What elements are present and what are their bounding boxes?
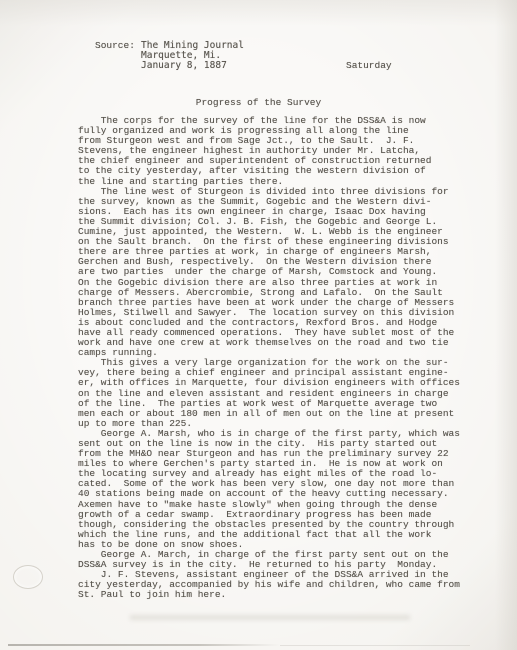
source-label: Source:: [95, 41, 141, 71]
scan-artifact-line-faint: [280, 645, 470, 646]
paragraph: This gives a very large organization for…: [78, 358, 478, 429]
article-body: The corps for the survey of the line for…: [78, 116, 478, 601]
paragraph: George A. Marsh, who is in charge of the…: [78, 429, 478, 550]
scan-edge-shading-top: [0, 0, 517, 26]
article-title: Progress of the Survey: [0, 98, 517, 108]
paragraph: The corps for the survey of the line for…: [78, 116, 478, 187]
scan-artifact-band: [130, 615, 410, 620]
paragraph: The line west of Sturgeon is divided int…: [78, 187, 478, 359]
scanned-document-page: Source: The Mining Journal Marquette, Mi…: [0, 0, 517, 650]
source-header: Source: The Mining Journal Marquette, Mi…: [95, 41, 475, 71]
paragraph: George A. March, in charge of the first …: [78, 550, 478, 600]
scan-artifact-line: [8, 644, 280, 646]
source-citation: The Mining Journal Marquette, Mi. Januar…: [141, 41, 244, 71]
scan-artifact-ring: [13, 565, 43, 589]
weekday-label: Saturday: [346, 61, 392, 71]
